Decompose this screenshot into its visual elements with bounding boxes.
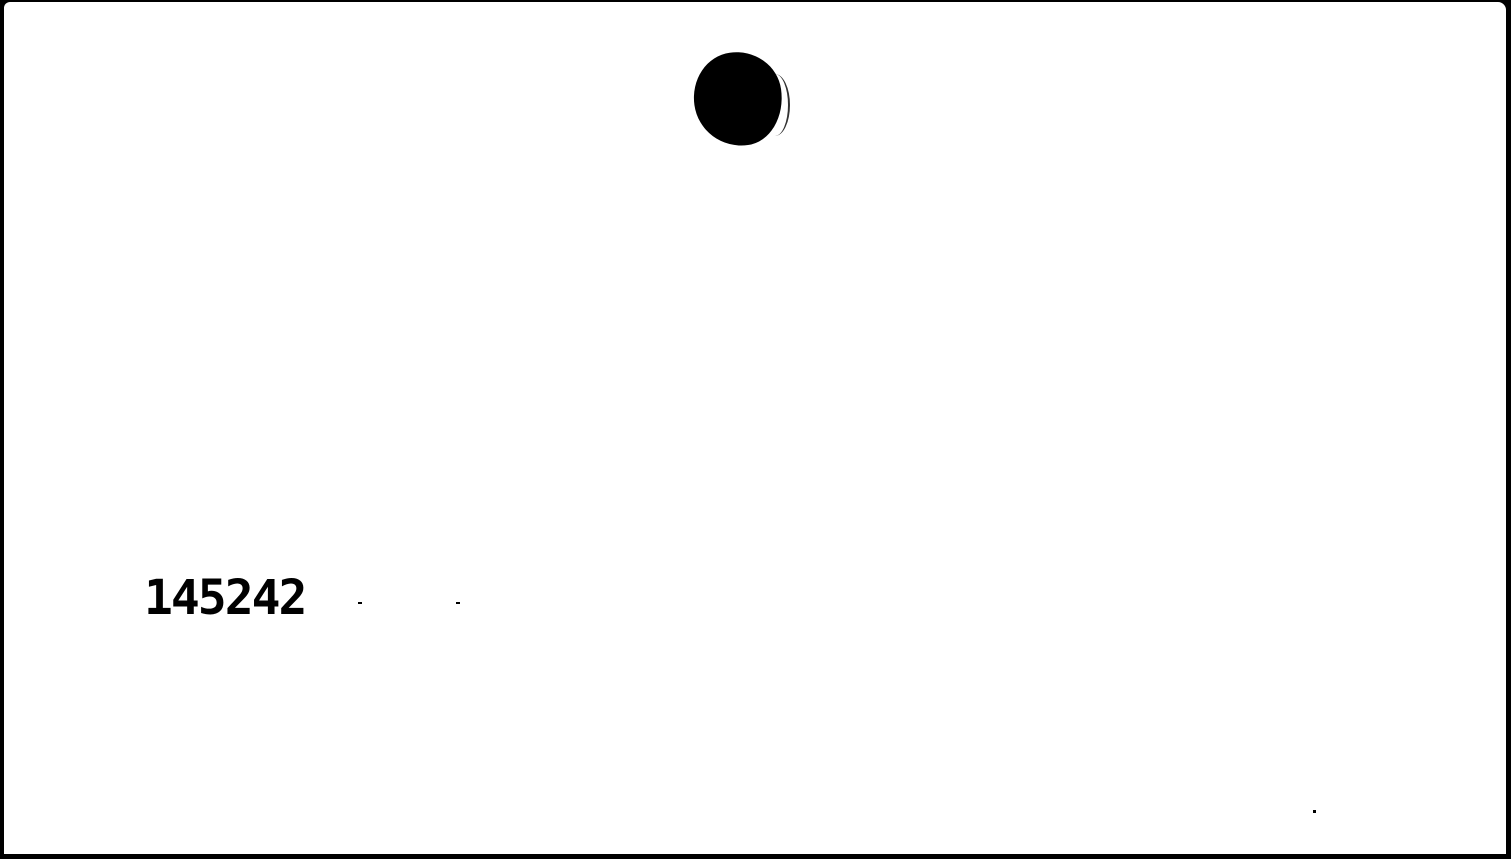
card-number: 145242 xyxy=(144,574,305,622)
scan-speck xyxy=(456,602,460,604)
punch-hole-edge xyxy=(760,74,790,136)
scan-speck xyxy=(358,602,362,604)
scan-bottom-edge xyxy=(0,854,1511,859)
index-card: 145242 xyxy=(4,2,1506,854)
scan-speck xyxy=(1313,810,1316,813)
